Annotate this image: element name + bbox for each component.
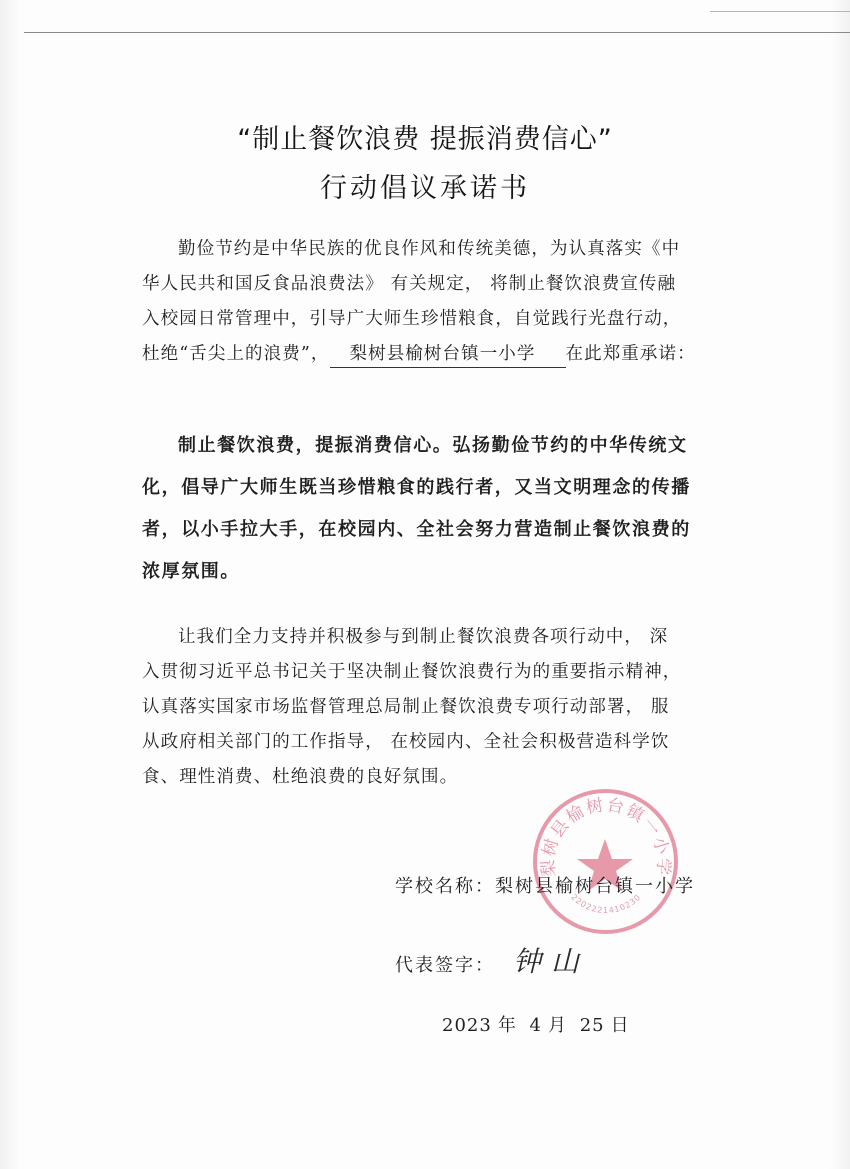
- commitment-paragraph: 制止餐饮浪费，提振消费信心。弘扬勤俭节约的中华传统文 化，倡导广大师生既当珍惜粮…: [142, 425, 742, 593]
- date-day: 25: [580, 1015, 605, 1036]
- paragraph-line: 从政府相关部门的工作指导， 在校园内、全社会积极营造科学饮: [142, 725, 742, 760]
- document-subtitle: 行动倡议承诺书: [0, 166, 850, 205]
- date-day-unit: 日: [611, 1015, 630, 1036]
- date-year: 2023: [442, 1015, 492, 1036]
- paragraph-line: 者，以小手拉大手，在校园内、全社会努力营造制止餐饮浪费的: [142, 509, 742, 551]
- paragraph-line: 食、理性消费、杜绝浪费的良好氛围。: [142, 760, 742, 795]
- handwritten-signature: 钟山: [513, 945, 589, 978]
- document-date: 2023年 4月 25日: [442, 1011, 636, 1037]
- scan-artifact-line: [710, 11, 850, 12]
- action-paragraph: 让我们全力支持并积极参与到制止餐饮浪费各项行动中， 深 入贯彻习近平总书记关于坚…: [142, 620, 742, 795]
- document-title: “制止餐饮浪费 提振消费信心”: [0, 117, 850, 156]
- seal-star-icon: 梨树县榆树台镇一小学 2202221410230: [537, 793, 674, 930]
- school-name-blank: 梨树县榆树台镇一小学: [330, 341, 566, 368]
- paragraph-line: 华人民共和国反食品浪费法》 有关规定， 将制止餐饮浪费宣传融: [142, 267, 742, 302]
- scan-edge-line: [24, 32, 850, 33]
- paragraph-line: 入校园日常管理中，引导广大师生珍惜粮食，自觉践行光盘行动，: [142, 302, 742, 337]
- paragraph-line: 入贯彻习近平总书记关于坚决制止餐饮浪费行为的重要指示精神，: [142, 655, 742, 690]
- representative-label: 代表签字：: [395, 955, 495, 976]
- date-month-unit: 月: [548, 1015, 567, 1036]
- paragraph-line: 浓厚氛围。: [142, 551, 742, 593]
- school-name-label: 学校名称：: [395, 876, 495, 897]
- paragraph-line: 化，倡导广大师生既当珍惜粮食的践行者，又当文明理念的传播: [142, 467, 742, 509]
- date-year-unit: 年: [498, 1015, 517, 1036]
- representative-signature-row: 代表签字：钟山: [395, 940, 589, 980]
- school-name-value: 梨树县榆树台镇一小学: [495, 876, 695, 897]
- intro-paragraph: 勤俭节约是中华民族的优良作风和传统美德，为认真落实《中 华人民共和国反食品浪费法…: [142, 232, 742, 372]
- paragraph-line: 杜绝“舌尖上的浪费”，梨树县榆树台镇一小学在此郑重承诺：: [142, 337, 742, 372]
- paragraph-line: 勤俭节约是中华民族的优良作风和传统美德，为认真落实《中: [142, 232, 742, 267]
- date-month: 4: [530, 1015, 542, 1036]
- school-name-row: 学校名称：梨树县榆树台镇一小学: [395, 872, 695, 898]
- line-suffix: 在此郑重承诺：: [566, 344, 696, 364]
- paragraph-line: 让我们全力支持并积极参与到制止餐饮浪费各项行动中， 深: [142, 620, 742, 655]
- line-prefix: 杜绝“舌尖上的浪费”，: [142, 344, 330, 364]
- official-seal: 梨树县榆树台镇一小学 2202221410230: [533, 789, 678, 934]
- paragraph-line: 认真落实国家市场监督管理总局制止餐饮浪费专项行动部署， 服: [142, 690, 742, 725]
- paragraph-line: 制止餐饮浪费，提振消费信心。弘扬勤俭节约的中华传统文: [142, 425, 742, 467]
